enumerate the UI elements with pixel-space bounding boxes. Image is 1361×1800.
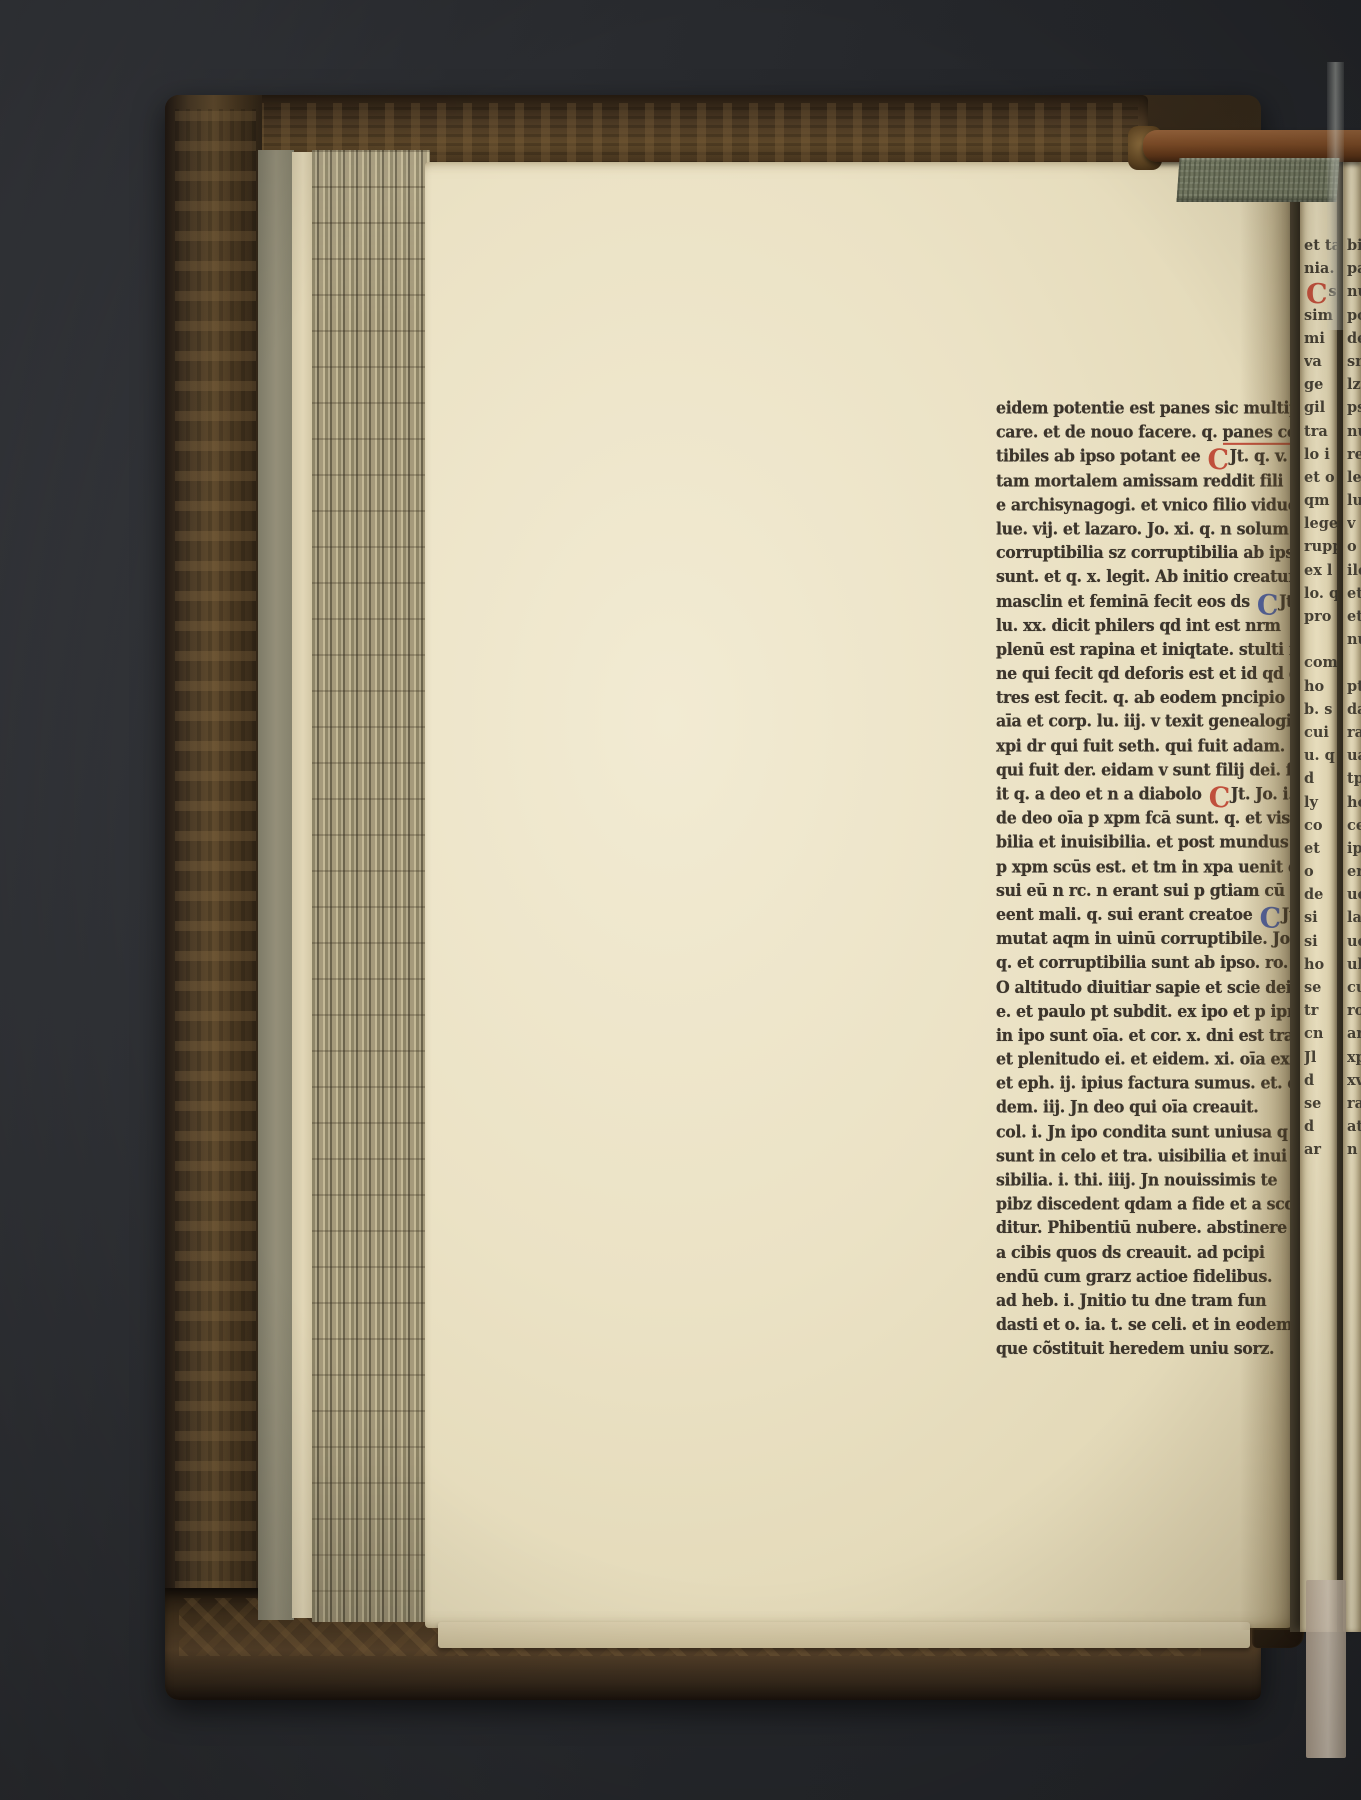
- cradle-strip-bottom: [1306, 1580, 1346, 1758]
- cradle-strip-top: [1327, 62, 1344, 330]
- manuscript-text-line: at: [1347, 1115, 1361, 1138]
- manuscript-text-line: ad heb. i. Jnitio tu dne tram fun: [996, 1288, 1338, 1312]
- manuscript-text-line: a cibis quos ds creauit. ad pcipi: [996, 1240, 1338, 1264]
- manuscript-text-line: et o: [1304, 466, 1337, 489]
- manuscript-text-line: endū cum grarz actioe fidelibus.: [996, 1264, 1338, 1288]
- manuscript-text-line: tam mortalem amissam reddit fili: [996, 468, 1338, 492]
- next-page-text-fragments: et tamnia. qCsesimmivagegiltralo iet oqm…: [1304, 234, 1337, 1162]
- next-page-edge-1: et tamnia. qCsesimmivagegiltralo iet oqm…: [1300, 150, 1337, 1632]
- manuscript-text-line: dem. iij. Jn deo qui oīa creauit.: [996, 1095, 1338, 1119]
- manuscript-text-line: [1304, 628, 1337, 651]
- manuscript-text-line: sunt. et q. x. legit. Ab initio creature: [996, 565, 1338, 589]
- underlying-page-edge: [438, 1622, 1250, 1648]
- manuscript-text-line: tres est fecit. q. ab eodem pncipio e: [996, 685, 1338, 709]
- manuscript-text-line: si: [1304, 930, 1337, 953]
- manuscript-text-line: de deo oīa p xpm fcā sunt. q. et visi: [996, 806, 1338, 830]
- manuscript-text-line: ert: [1347, 860, 1361, 883]
- manuscript-text-line: poc: [1347, 304, 1361, 327]
- manuscript-text-line: e archisynagogi. et vnico filio vidue.: [996, 492, 1338, 516]
- manuscript-text-line: eent mali. q. sui erant creatoe CJt: [996, 902, 1338, 926]
- manuscript-text-line: d: [1304, 1069, 1337, 1092]
- cover-tooling-pattern: [175, 109, 256, 1681]
- manuscript-text-line: cn: [1304, 1022, 1337, 1045]
- manuscript-text-line: et eph. ij. ipius factura sumus. et. ei: [996, 1071, 1338, 1095]
- manuscript-text-line: ue: [1347, 883, 1361, 906]
- manuscript-text-line: [1347, 651, 1361, 674]
- manuscript-text-line: b. s: [1304, 698, 1337, 721]
- manuscript-text-line: mi: [1304, 327, 1337, 350]
- manuscript-text-line: pibz discedent qdam a fide et a scd: [996, 1192, 1338, 1216]
- manuscript-text-line: qui fuit der. eidam v sunt filij dei. fu: [996, 758, 1338, 782]
- manuscript-text-line: q. et corruptibilia sunt ab ipso. ro. xi…: [996, 951, 1338, 975]
- manuscript-text-line: se: [1304, 1092, 1337, 1115]
- manuscript-text-line: sma: [1347, 350, 1361, 373]
- manuscript-text-line: si: [1304, 906, 1337, 929]
- manuscript-text-line: com: [1304, 651, 1337, 674]
- manuscript-text-line: it q. a deo et n a diabolo CJt. Jo. i. d: [996, 782, 1338, 806]
- text-column-left: eidem potentie est panes sic multiphcare…: [996, 396, 1338, 1361]
- manuscript-text-line: lat: [1347, 906, 1361, 929]
- manuscript-text-line: u. q: [1304, 744, 1337, 767]
- manuscript-text-line: pti: [1347, 675, 1361, 698]
- manuscript-text-line: bile: [1347, 234, 1361, 257]
- manuscript-text-line: xv: [1347, 1069, 1361, 1092]
- manuscript-text-line: mutat aqm in uinū corruptibile. Jo. ij.: [996, 927, 1338, 951]
- manuscript-text-line: lux: [1347, 489, 1361, 512]
- manuscript-text-line: in ipo sunt oīa. et cor. x. dni est tra: [996, 1023, 1338, 1047]
- manuscript-text-line: d: [1304, 1115, 1337, 1138]
- manuscript-text-line: lu. xx. dicit philers qd int est nrm: [996, 613, 1338, 637]
- next-page-text-fragments: bilepanupocde wsmalz apstanureulectluxv …: [1347, 234, 1361, 1162]
- manuscript-text-line: tr: [1304, 999, 1337, 1022]
- manuscript-text-line: d: [1304, 767, 1337, 790]
- manuscript-text-line: p xpm scūs est. et tm in xpa uenit et: [996, 854, 1338, 878]
- manuscript-text-line: cui: [1304, 721, 1337, 744]
- manuscript-text-line: que cõstituit heredem uniu sorz.: [996, 1336, 1338, 1360]
- manuscript-text-line: e. et paulo pt subdit. ex ipo et p ipm e…: [996, 999, 1338, 1023]
- manuscript-text-line: pa: [1347, 257, 1361, 280]
- manuscript-text-line: ly: [1304, 791, 1337, 814]
- manuscript-text-line: Jl: [1304, 1046, 1337, 1069]
- manuscript-text-line: lege: [1304, 512, 1337, 535]
- manuscript-text-line: ub: [1347, 953, 1361, 976]
- manuscript-text-line: n: [1347, 1138, 1361, 1161]
- manuscript-text-line: ral: [1347, 721, 1361, 744]
- manuscript-text-line: et q: [1347, 605, 1361, 628]
- manuscript-text-line: plenū est rapina et iniqtate. stulti no: [996, 637, 1338, 661]
- manuscript-text-line: o de: [1347, 535, 1361, 558]
- cover-left-edge: [165, 95, 262, 1695]
- paraph-mark-red: C: [1306, 280, 1328, 303]
- manuscript-text-line: corruptibilia sz corruptibilia ab ipso: [996, 541, 1338, 565]
- manuscript-text-line: et: [1304, 837, 1337, 860]
- manuscript-text-line: ro: [1347, 999, 1361, 1022]
- manuscript-text-line: va: [1304, 350, 1337, 373]
- manuscript-text-line: ge: [1304, 373, 1337, 396]
- manuscript-text-line: tibiles ab ipso potant ee CJt. q. v. vi: [996, 444, 1338, 468]
- manuscript-text-line: aīa et corp. lu. iij. v texit genealogia: [996, 709, 1338, 733]
- manuscript-text-line: o: [1304, 860, 1337, 883]
- manuscript-text-line: masclin et feminā fecit eos ds CJt: [996, 589, 1338, 613]
- manuscript-text-line: lo. q: [1304, 582, 1337, 605]
- next-page-edge-2: bilepanupocde wsmalz apstanureulectluxv …: [1343, 150, 1361, 1632]
- manuscript-text-line: de w: [1347, 327, 1361, 350]
- manuscript-text-line: ditur. Phibentiū nubere. abstinere: [996, 1216, 1338, 1240]
- manuscript-text-line: O altitudo diuitiar sapie et scie dei e: [996, 975, 1338, 999]
- spine-lining-cloth: [1176, 158, 1339, 202]
- manuscript-text-line: ho: [1347, 791, 1361, 814]
- manuscript-text-line: ua: [1347, 744, 1361, 767]
- manuscript-text-line: de: [1304, 883, 1337, 906]
- flyleaf-edge: [292, 152, 314, 1618]
- manuscript-text-line: lo i: [1304, 443, 1337, 466]
- manuscript-text-line: et n: [1347, 582, 1361, 605]
- pastedown-turn-in: [258, 150, 294, 1620]
- manuscript-text-line: ho: [1304, 953, 1337, 976]
- manuscript-text-line: tp: [1347, 767, 1361, 790]
- manuscript-text-line: nu: [1347, 280, 1361, 303]
- manuscript-text-line: ipc: [1347, 837, 1361, 860]
- manuscript-text-line: pro: [1304, 605, 1337, 628]
- manuscript-text-line: se: [1304, 976, 1337, 999]
- manuscript-text-line: ilea: [1347, 559, 1361, 582]
- manuscript-text-line: dal: [1347, 698, 1361, 721]
- manuscript-text-line: ex l: [1304, 559, 1337, 582]
- manuscript-text-line: sui eū n rc. n erant sui p gtiam cū: [996, 878, 1338, 902]
- manuscript-text-line: nu: [1347, 628, 1361, 651]
- manuscript-text-line: ar: [1347, 1022, 1361, 1045]
- manuscript-text-line: nu: [1347, 420, 1361, 443]
- manuscript-text-line: uet: [1347, 930, 1361, 953]
- manuscript-text-line: v a: [1347, 512, 1361, 535]
- manuscript-text-line: cu: [1347, 976, 1361, 999]
- manuscript-text-line: xpi dr qui fuit seth. qui fuit adam.: [996, 734, 1338, 758]
- manuscript-text-line: ra: [1347, 1092, 1361, 1115]
- manuscript-text-line: sibilia. i. thi. iiij. Jn nouissimis te: [996, 1168, 1338, 1192]
- manuscript-text-line: ar: [1304, 1138, 1337, 1161]
- manuscript-text-line: psta: [1347, 396, 1361, 419]
- manuscript-text-line: ho: [1304, 675, 1337, 698]
- manuscript-page: eidem potentie est panes sic multiphcare…: [425, 162, 1298, 1628]
- page-stack-fore-edges: [312, 150, 430, 1622]
- manuscript-text-line: co: [1304, 814, 1337, 837]
- manuscript-text-line: lect: [1347, 466, 1361, 489]
- manuscript-text-line: lue. vij. et lazaro. Jo. xi. q. n solum …: [996, 517, 1338, 541]
- manuscript-text-line: ces: [1347, 814, 1361, 837]
- manuscript-text-line: ne qui fecit qd deforis est et id qd dem: [996, 661, 1338, 685]
- manuscript-text-line: gil: [1304, 396, 1337, 419]
- manuscript-text-line: xp: [1347, 1046, 1361, 1069]
- manuscript-text-line: dasti et o. ia. t. se celi. et in eodem.: [996, 1312, 1338, 1336]
- manuscript-text-line: col. i. Jn ipo condita sunt uniusa q: [996, 1119, 1338, 1143]
- manuscript-text-line: sunt in celo et tra. uisibilia et inui: [996, 1144, 1338, 1168]
- manuscript-text-line: qm: [1304, 489, 1337, 512]
- manuscript-text-line: lz a: [1347, 373, 1361, 396]
- manuscript-text-line: et plenitudo ei. et eidem. xi. oīa ex do…: [996, 1047, 1338, 1071]
- manuscript-photo: eidem potentie est panes sic multiphcare…: [0, 0, 1361, 1800]
- manuscript-text-line: care. et de nouo facere. q. panes corrup: [996, 420, 1338, 444]
- manuscript-text-line: bilia et inuisibilia. et post mundus: [996, 830, 1338, 854]
- manuscript-text-line: eidem potentie est panes sic multiph: [996, 396, 1338, 420]
- manuscript-text-line: rupp: [1304, 535, 1337, 558]
- manuscript-text-line: tra: [1304, 420, 1337, 443]
- manuscript-text-line: reu: [1347, 443, 1361, 466]
